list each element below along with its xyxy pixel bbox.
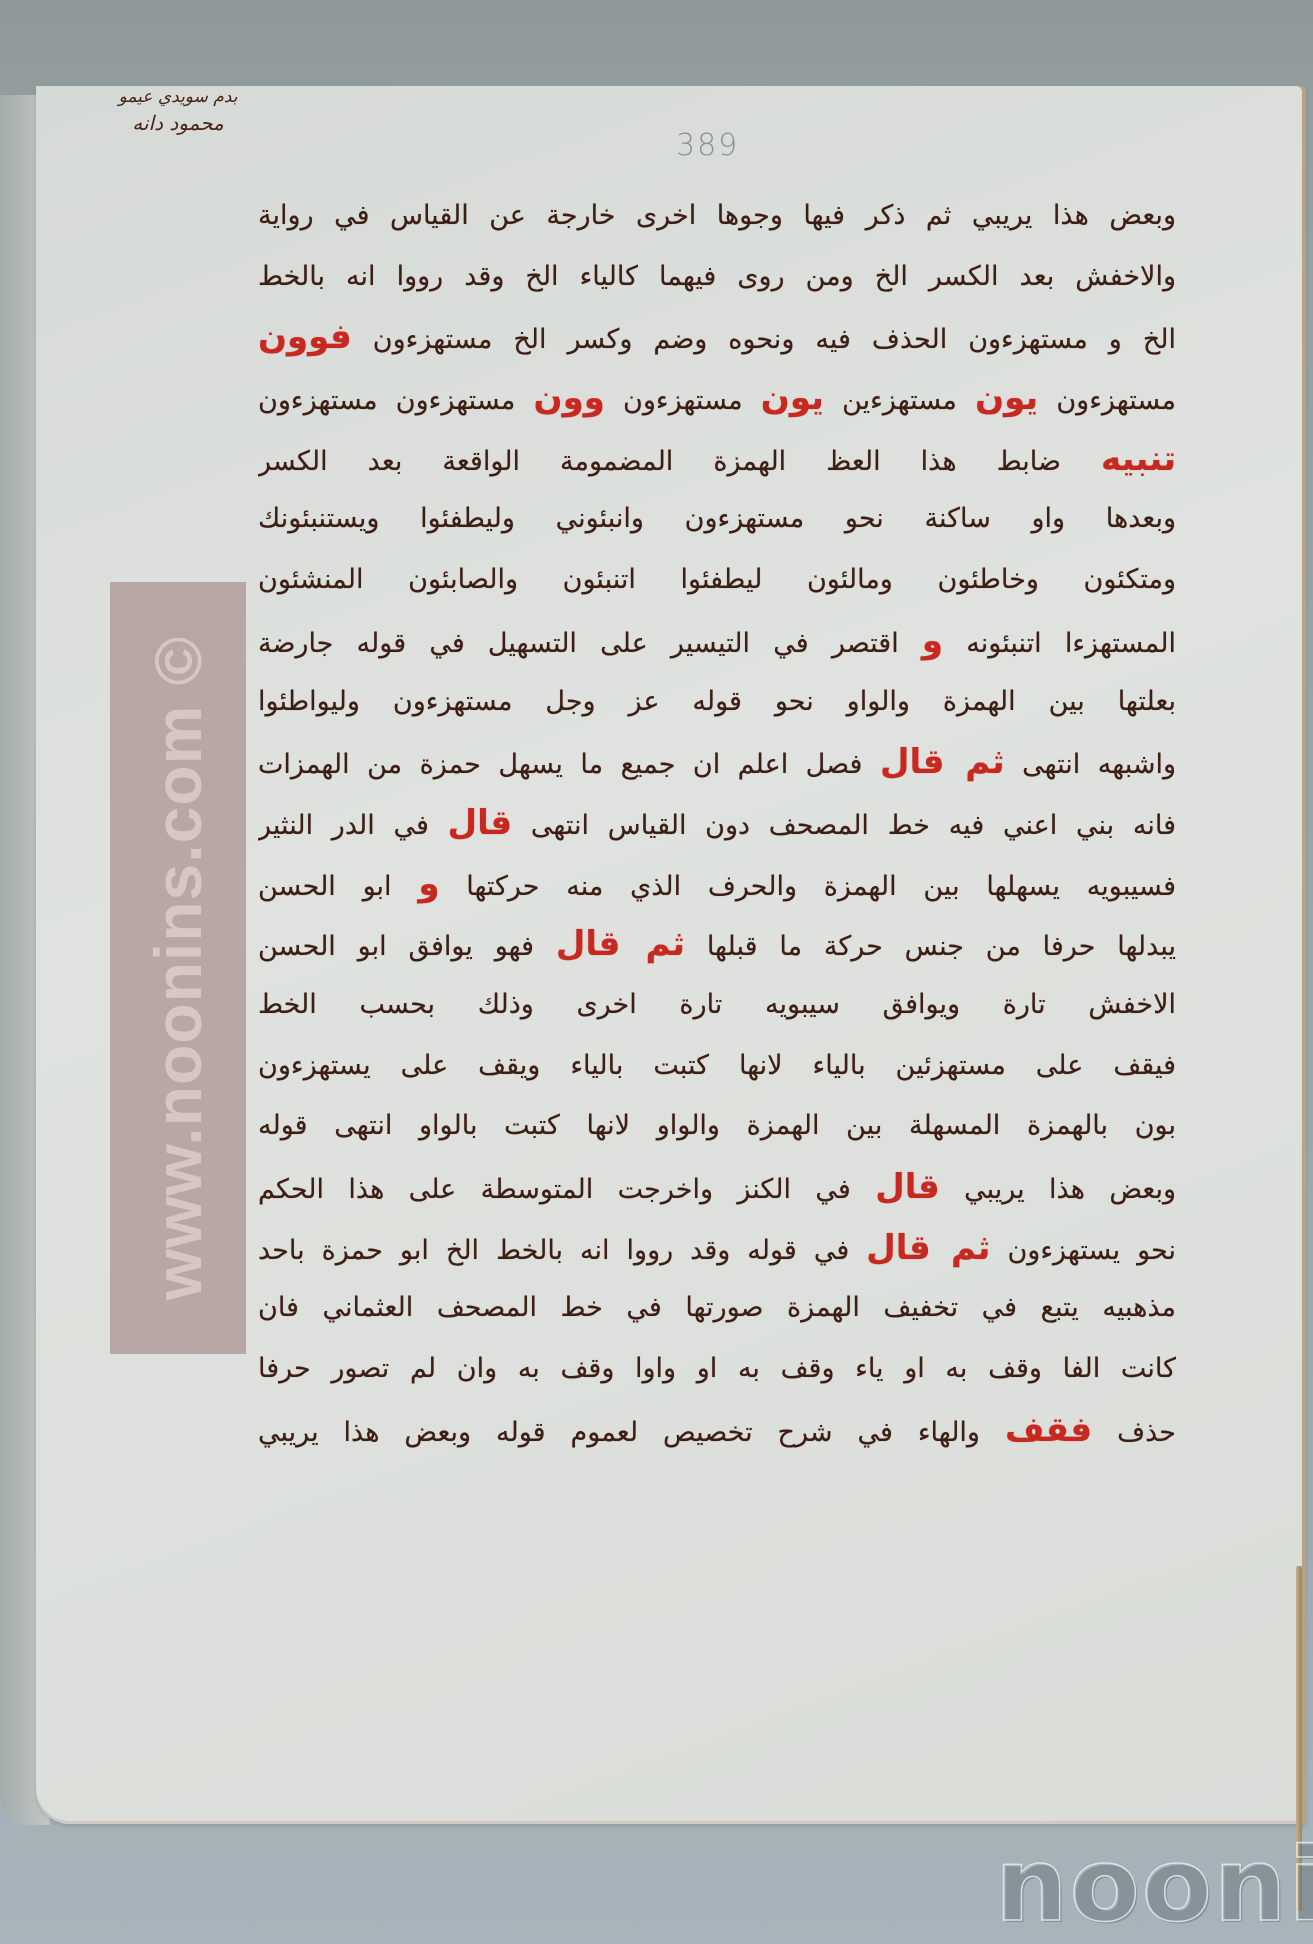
line-text: المستهزءا اتنبئونه [966, 628, 1176, 659]
rubric-word: فقف [1005, 1410, 1092, 1450]
manuscript-line: بعلتها بين الهمزة والواو نحو قوله عز وجل… [258, 672, 1176, 733]
line-text: اقتصر في التيسير على التسهيل في قوله جار… [258, 628, 899, 659]
margin-note: بدم سويدي عيمو محمود دانه [68, 84, 288, 136]
line-text: نحو يستهزءون [1007, 1235, 1176, 1266]
manuscript-line: والاخفش بعد الكسر الخ ومن روى فيهما كالي… [258, 247, 1176, 308]
manuscript-line: كانت الفا وقف به او ياء وقف به او واوا و… [258, 1339, 1176, 1400]
line-text: كانت الفا وقف به او ياء وقف به او واوا و… [258, 1353, 1176, 1384]
line-text: الخ و مستهزءون الحذف فيه ونحوه وضم وكسر … [373, 324, 1176, 355]
manuscript-line: حذف فقف والهاء في شرح تخصيص لعموم قوله و… [258, 1400, 1176, 1461]
line-text: حذف [1117, 1417, 1176, 1448]
rubric-word: وون [534, 378, 605, 418]
manuscript-line: الخ و مستهزءون الحذف فيه ونحوه وضم وكسر … [258, 307, 1176, 368]
line-text: والهاء في شرح تخصيص لعموم قوله وبعض هذا … [258, 1417, 980, 1448]
manuscript-line: ومتكئون وخاطئون ومالئون ليطفئوا اتنبئون … [258, 550, 1176, 611]
rubric-word: قال [448, 803, 513, 843]
rubric-word: ثم قال [556, 924, 685, 964]
line-text: يبدلها حرفا من جنس حركة ما قبلها [707, 931, 1176, 962]
line-text: في الكنز واخرجت المتوسطة على هذا الحكم [258, 1174, 851, 1205]
manuscript-line: المستهزءا اتنبئونه و اقتصر في التيسير عل… [258, 611, 1176, 672]
line-text: واشبهه انتهى [1022, 749, 1176, 780]
manuscript-line: بون بالهمزة المسهلة بين الهمزة والواو لا… [258, 1096, 1176, 1157]
manuscript-line: فيقف على مستهزئين بالياء لانها كتبت بالي… [258, 1036, 1176, 1097]
line-text: الاخفش تارة ويوافق سيبويه تارة اخرى وذلك… [258, 989, 1176, 1020]
line-text: بعلتها بين الهمزة والواو نحو قوله عز وجل… [258, 686, 1176, 717]
rubric-word: فوون [258, 317, 352, 357]
rubric-word: ثم قال [866, 1228, 990, 1268]
line-text: ومتكئون وخاطئون ومالئون ليطفئوا اتنبئون … [258, 564, 1176, 595]
corner-logo-watermark: noonin [995, 1826, 1313, 1944]
manuscript-line: واشبهه انتهى ثم قال فصل اعلم ان جميع ما … [258, 732, 1176, 793]
line-text: مستهزءون [623, 385, 743, 416]
manuscript-line: مستهزءون يون مستهزءين يون مستهزءون وون م… [258, 368, 1176, 429]
rubric-word: يون [975, 378, 1038, 418]
line-text: مستهزءون مستهزءون [258, 385, 515, 416]
line-text: ابو الحسن [258, 871, 392, 902]
margin-note-line-2: محمود دانه [68, 110, 288, 136]
manuscript-line: فسيبويه يسهلها بين الهمزة والحرف الذي من… [258, 854, 1176, 915]
line-text: وبعض هذا يريبي [964, 1174, 1176, 1205]
line-text: وبعدها واو ساكنة نحو مستهزءون وانبئوني و… [258, 503, 1176, 534]
manuscript-line: تنبيه ضابط هذا العظ الهمزة المضمومة الوا… [258, 429, 1176, 490]
manuscript-line: وبعض هذا يريبي قال في الكنز واخرجت المتو… [258, 1157, 1176, 1218]
rubric-word: يون [761, 378, 824, 418]
background-top [0, 0, 1313, 95]
line-text: فسيبويه يسهلها بين الهمزة والحرف الذي من… [466, 871, 1176, 902]
rubric-word: و [418, 864, 439, 904]
manuscript-line: نحو يستهزءون ثم قال في قوله وقد رووا انه… [258, 1218, 1176, 1279]
manuscript-line: وبعدها واو ساكنة نحو مستهزءون وانبئوني و… [258, 489, 1176, 550]
manuscript-line: يبدلها حرفا من جنس حركة ما قبلها ثم قال … [258, 914, 1176, 975]
line-text: فهو يوافق ابو الحسن [258, 931, 534, 962]
manuscript-text-block: وبعض هذا يريبي ثم ذكر فيها وجوها اخرى خا… [258, 186, 1176, 1460]
margin-note-line-1: بدم سويدي عيمو [68, 84, 288, 110]
folio-number: 389 [676, 128, 739, 163]
line-text: بون بالهمزة المسهلة بين الهمزة والواو لا… [258, 1110, 1176, 1141]
manuscript-line: الاخفش تارة ويوافق سيبويه تارة اخرى وذلك… [258, 975, 1176, 1036]
manuscript-line: وبعض هذا يريبي ثم ذكر فيها وجوها اخرى خا… [258, 186, 1176, 247]
line-text: مذهبيه يتبع في تخفيف الهمزة صورتها في خط… [258, 1292, 1176, 1323]
line-text: ضابط هذا العظ الهمزة المضمومة الواقعة بع… [258, 446, 1061, 477]
line-text: مستهزءين [842, 385, 957, 416]
rubric-word: ثم قال [880, 742, 1005, 782]
manuscript-line: مذهبيه يتبع في تخفيف الهمزة صورتها في خط… [258, 1278, 1176, 1339]
line-text: والاخفش بعد الكسر الخ ومن روى فيهما كالي… [258, 261, 1176, 292]
line-text: فصل اعلم ان جميع ما يسهل حمزة من الهمزات [258, 749, 862, 780]
watermark-text: www.noonins.com © [140, 636, 216, 1301]
line-text: فيقف على مستهزئين بالياء لانها كتبت بالي… [258, 1050, 1176, 1081]
line-text: فانه بني اعني فيه خط المصحف دون القياس ا… [531, 810, 1176, 841]
line-text: في الدر النثير [258, 810, 429, 841]
manuscript-line: فانه بني اعني فيه خط المصحف دون القياس ا… [258, 793, 1176, 854]
rubric-word: تنبيه [1101, 439, 1176, 479]
rubric-word: قال [875, 1167, 940, 1207]
line-text: في قوله وقد رووا انه بالخط الخ ابو حمزة … [258, 1235, 849, 1266]
rubric-word: و [922, 621, 943, 661]
line-text: مستهزءون [1056, 385, 1176, 416]
line-text: وبعض هذا يريبي ثم ذكر فيها وجوها اخرى خا… [258, 200, 1176, 231]
